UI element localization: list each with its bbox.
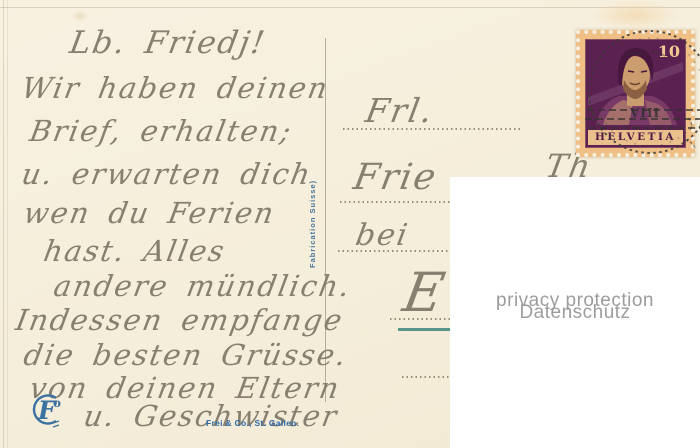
postage-stamp: 10 HELVETIA (576, 30, 695, 157)
card-edge-top (0, 7, 700, 8)
paper-stain (72, 10, 88, 22)
message-line: wen du Ferien (21, 199, 277, 228)
message-line: hast. Alles (41, 237, 228, 266)
center-divider-line (325, 38, 326, 402)
message-line: Lb. Friedj! (67, 28, 268, 59)
publisher-monogram-logo: F o (28, 388, 70, 432)
privacy-overlay: privacy protection Datenschutz (450, 177, 700, 448)
card-edge-left-inner (7, 0, 8, 448)
address-salutation: Frl. (363, 94, 437, 127)
postcard-back: Lb. Friedj! Wir haben deinen Brief, erha… (0, 0, 700, 448)
message-line: Brief, erhalten; (27, 117, 294, 146)
message-line: u. erwarten dich (19, 160, 314, 189)
address-line3-fragment: bei (353, 221, 411, 251)
fabrication-note: Fabrication Suisse) (308, 176, 317, 268)
paper-stain (590, 0, 680, 30)
address-dotted-line (402, 376, 450, 378)
address-dotted-line (390, 318, 452, 320)
monogram-letter-o: o (53, 396, 61, 410)
address-name-fragment: Frie (351, 160, 440, 196)
address-dotted-line (340, 201, 450, 203)
address-dotted-line (338, 250, 450, 252)
message-line: andere mündlich. (51, 272, 353, 301)
message-line: die besten Grüsse. (21, 341, 350, 370)
message-line: Wir haben deinen (19, 74, 331, 103)
address-place-fragment: E (399, 266, 450, 320)
stamp-denomination: 10 (658, 42, 680, 61)
privacy-overlay-line2: Datenschutz (450, 303, 700, 322)
postmark-date: VIII (630, 106, 660, 120)
message-line: Indessen empfange (13, 306, 345, 335)
stamp-frame: 10 HELVETIA (585, 39, 686, 148)
publisher-imprint: Frei & Co., St. Gallen. (206, 418, 299, 428)
card-edge-left (3, 0, 4, 448)
address-underline (398, 328, 452, 331)
address-dotted-line (343, 128, 521, 130)
stamp-country-label: HELVETIA (588, 130, 683, 145)
